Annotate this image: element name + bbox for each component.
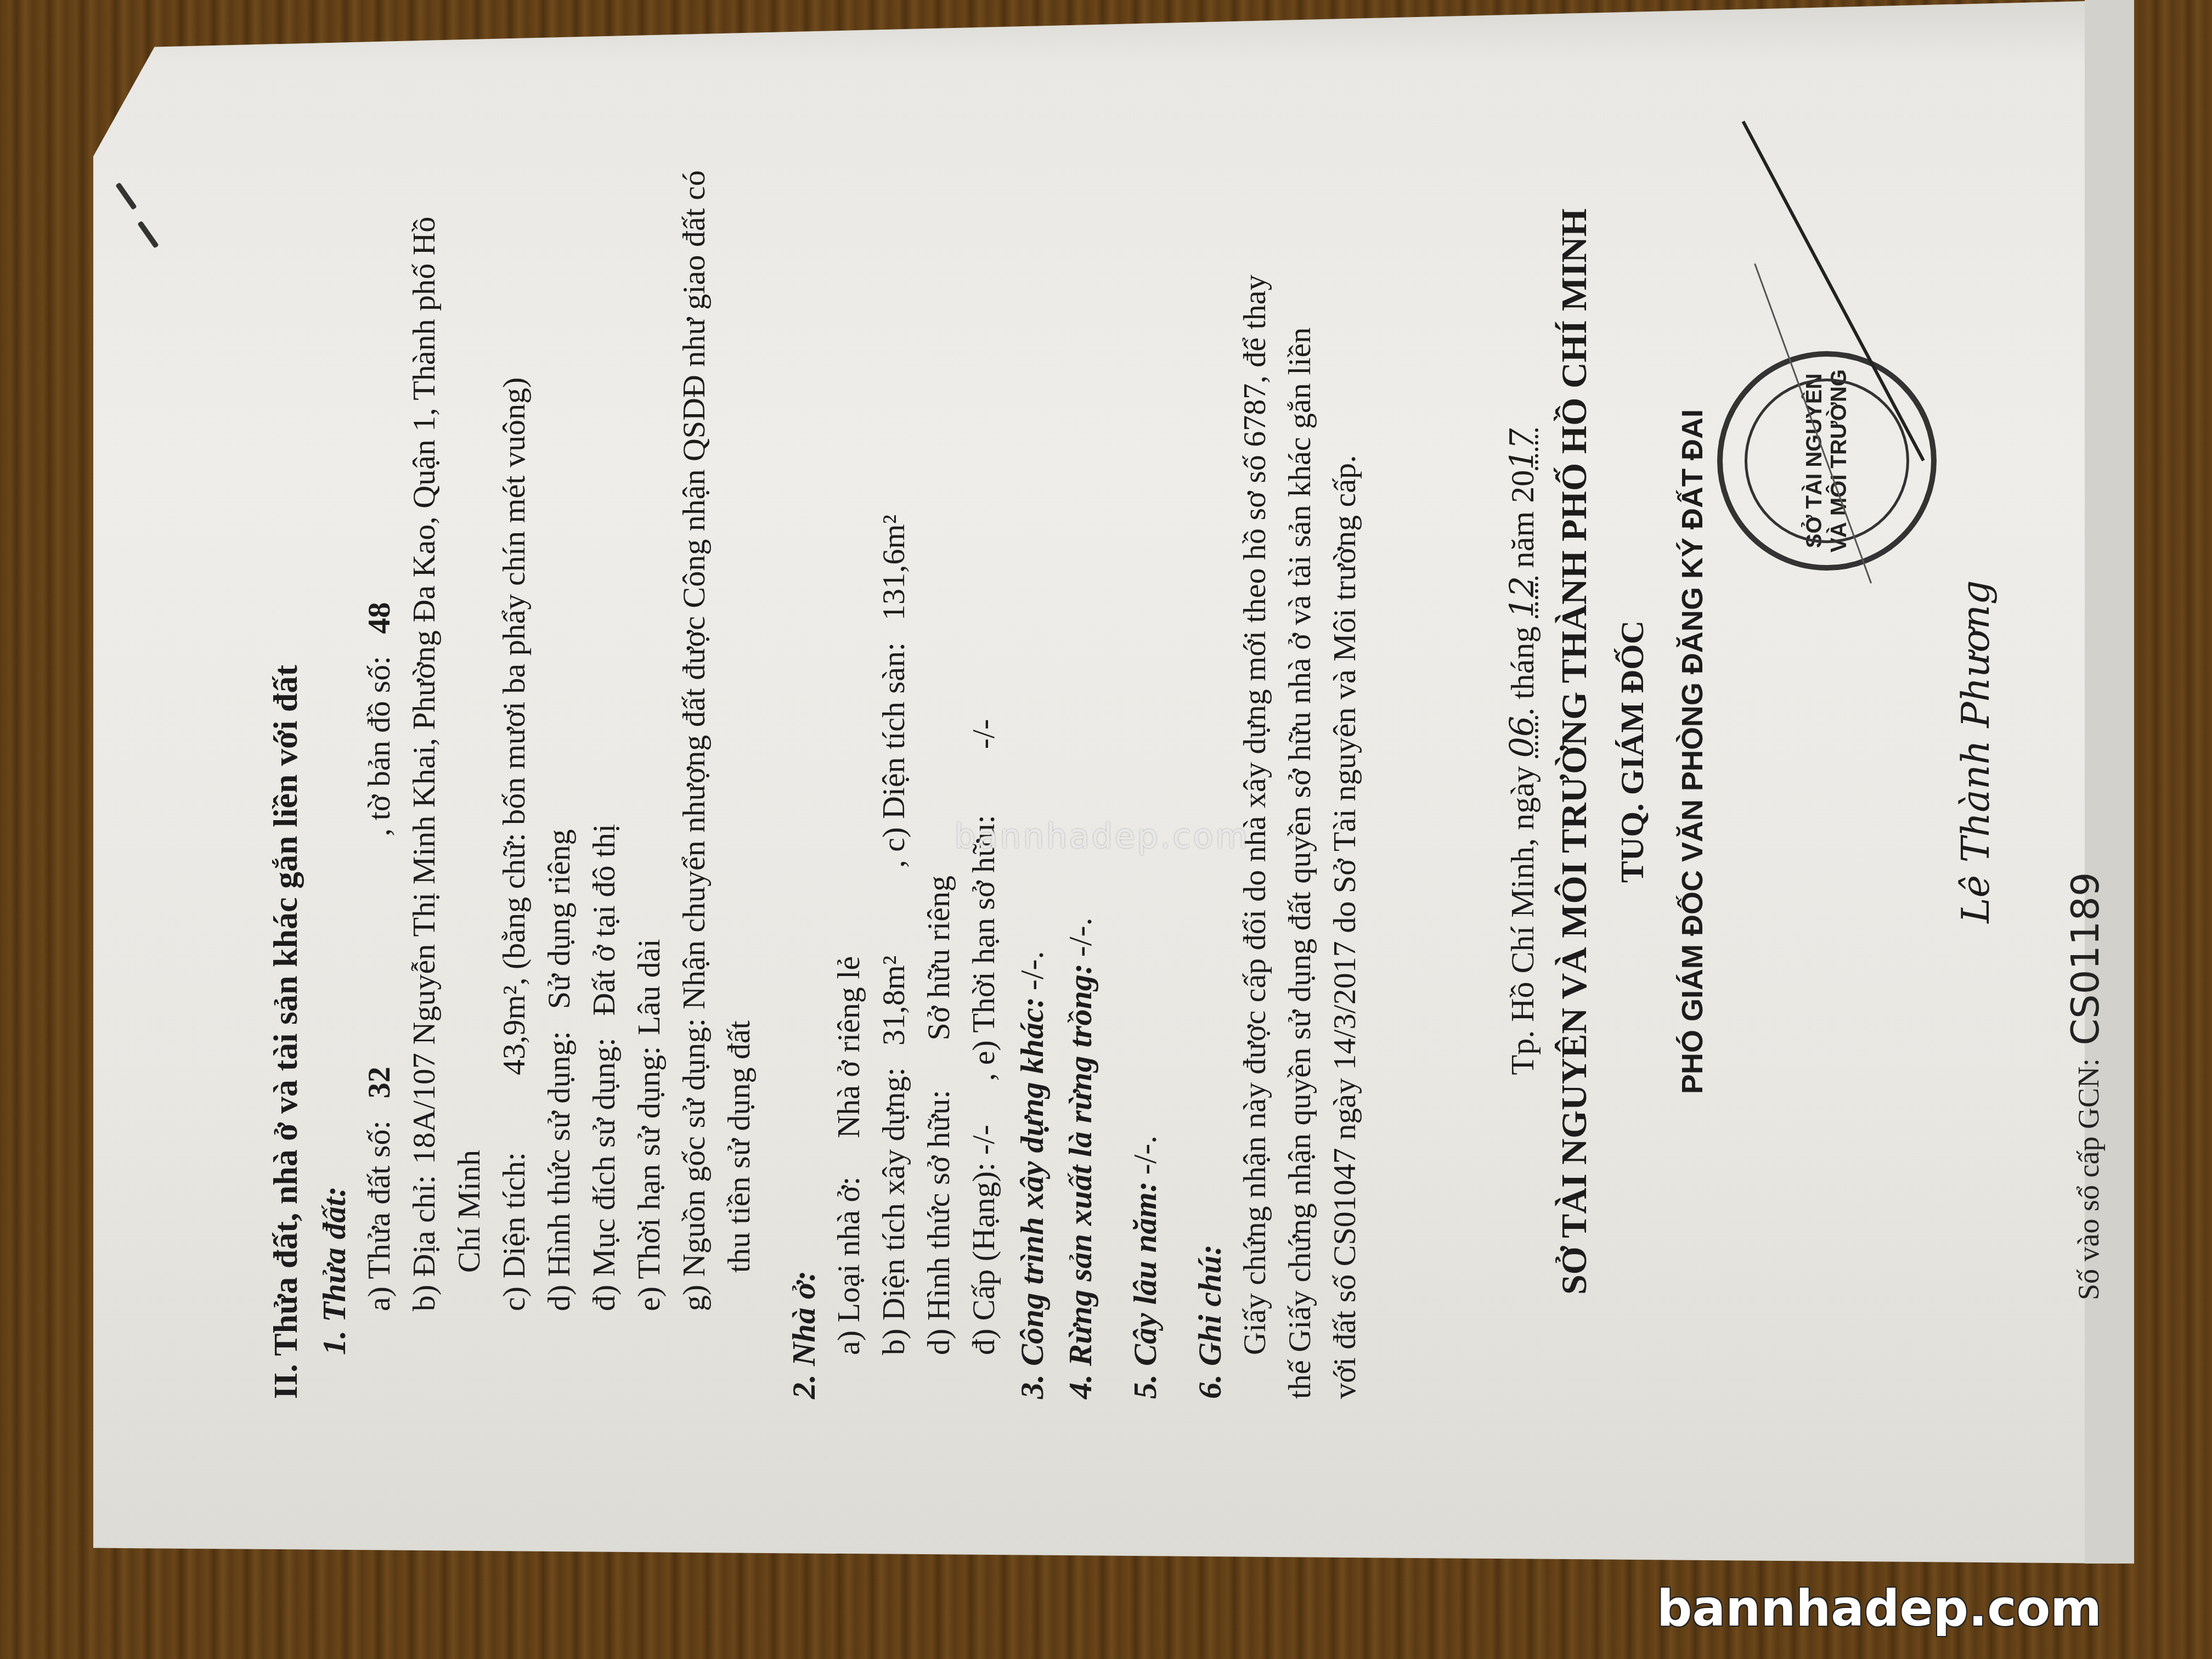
signer-position: PHÓ GIÁM ĐỐC VĂN PHÒNG ĐĂNG KÝ ĐẤT ĐAI: [1662, 66, 1723, 1437]
plantation-label: 4. Rừng sản xuất là rừng trồng:: [1058, 963, 1103, 1399]
signer-name: Lê Thành Phương: [1953, 66, 1998, 1437]
ownership-value: Sở hữu riêng: [916, 876, 961, 1041]
note-line: với đất số CS01047 ngày 14/3/2017 do Sở …: [1322, 82, 1367, 1399]
perennial-value: -/-.: [1122, 1136, 1167, 1175]
origin-label: g) Nguồn gốc sử dụng:: [672, 1018, 716, 1311]
address-cont: Chí Minh: [447, 82, 492, 1399]
term-row: e) Thời hạn sử dụng: Lâu dài: [627, 82, 672, 1399]
map-sheet-label: , tờ bản đồ số:: [357, 656, 402, 837]
watermark-corner: bannhadep.com: [1657, 1580, 2102, 1638]
term-label: e) Thời hạn sử dụng:: [627, 1046, 672, 1311]
section-title: II. Thửa đất, nhà ở và tài sản khác gắn …: [263, 82, 308, 1399]
own-term-value: -/-: [961, 719, 1006, 749]
signature-block: Tp. Hồ Chí Minh, ngày 06. tháng 12 năm 2…: [1498, 66, 2046, 1437]
address-label: b) Địa chỉ:: [402, 1175, 447, 1311]
purpose-label: đ) Mục đích sử dụng:: [582, 1037, 627, 1311]
origin-cont: thu tiền sử dụng đất: [716, 82, 761, 1399]
house-heading: 2. Nhà ở:: [781, 82, 826, 1399]
ownership-label: d) Hình thức sở hữu:: [916, 1090, 961, 1355]
registry-label: Số vào sổ cấp GCN:: [2072, 1058, 2105, 1300]
build-area-value: 31,8m²: [871, 956, 916, 1046]
note-line: thế Giấy chứng nhận quyền sử dụng đất qu…: [1277, 82, 1322, 1399]
address-value: 18A/107 Nguyễn Thị Minh Khai, Phường Đa …: [402, 217, 447, 1164]
on-behalf-title: TUQ. GIÁM ĐỐC: [1602, 66, 1662, 1437]
floor-area-label: , c) Diện tích sàn:: [871, 642, 916, 868]
build-area-label: b) Diện tích xây dựng:: [871, 1068, 916, 1355]
watermark-center: bannhadep.com: [955, 817, 1250, 856]
parcel-row: a) Thửa đất số: 32 , tờ bản đồ số: 48: [357, 82, 402, 1399]
other-structures-label: 3. Công trình xây dựng khác:: [1009, 997, 1054, 1399]
grade-label: đ) Cấp (Hạng):: [961, 1163, 1006, 1355]
perennial-row: 5. Cây lâu năm: -/-.: [1122, 82, 1167, 1399]
notes-heading: 6. Ghi chú:: [1187, 82, 1232, 1399]
build-area-row: b) Diện tích xây dựng: 31,8m² , c) Diện …: [871, 82, 916, 1399]
perennial-label: 5. Cây lâu năm:: [1122, 1181, 1167, 1399]
date-month: 12: [1503, 576, 1542, 618]
area-value: 43,9m², (bằng chữ: bốn mươi ba phẩy chín…: [492, 377, 537, 1075]
origin-row: g) Nguồn gốc sử dụng: Nhận chuyển nhượng…: [672, 82, 716, 1399]
floor-area-value: 131,6m²: [871, 515, 916, 620]
house-type-value: Nhà ở riêng lẻ: [826, 956, 871, 1138]
parcel-label: a) Thửa đất số:: [357, 1120, 402, 1311]
purpose-row: đ) Mục đích sử dụng: Đất ở tại đô thị: [582, 82, 627, 1399]
use-form-value: Sử dụng riêng: [537, 829, 582, 1009]
land-heading: 1. Thửa đất:: [312, 82, 357, 1399]
area-label: c) Diện tích:: [492, 1152, 537, 1311]
other-structures-row: 3. Công trình xây dựng khác: -/-.: [1009, 82, 1054, 1399]
origin-value: Nhận chuyển nhượng đất được Công nhận QS…: [672, 170, 716, 1009]
house-type-row: a) Loại nhà ở: Nhà ở riêng lẻ: [826, 82, 871, 1399]
address-row: b) Địa chỉ: 18A/107 Nguyễn Thị Minh Khai…: [402, 82, 447, 1399]
purpose-value: Đất ở tại đô thị: [582, 824, 627, 1016]
parcel-number: 32: [357, 1066, 402, 1098]
area-row: c) Diện tích: 43,9m², (bằng chữ: bốn mươ…: [492, 82, 537, 1399]
use-form-row: d) Hình thức sử dụng: Sử dụng riêng: [537, 82, 582, 1399]
term-value: Lâu dài: [627, 939, 672, 1035]
date-day: 06: [1503, 716, 1542, 758]
other-structures-value: -/-.: [1009, 951, 1054, 991]
use-form-label: d) Hình thức sử dụng:: [537, 1031, 582, 1311]
registry-number: CS01189: [2063, 872, 2108, 1046]
house-type-label: a) Loại nhà ở:: [826, 1177, 871, 1355]
plantation-row: 4. Rừng sản xuất là rừng trồng: -/-.: [1058, 82, 1103, 1399]
grade-row: đ) Cấp (Hạng): -/- , e) Thời hạn sở hữu:…: [961, 82, 1006, 1399]
plantation-value: -/-.: [1058, 918, 1103, 957]
certificate-body: II. Thửa đất, nhà ở và tài sản khác gắn …: [263, 82, 1525, 1399]
ownership-row: d) Hình thức sở hữu: Sở hữu riêng: [916, 82, 961, 1399]
map-sheet-number: 48: [357, 602, 402, 634]
place-date: Tp. Hồ Chí Minh, ngày 06. tháng 12 năm 2…: [1498, 66, 1547, 1437]
issuing-organization: SỞ TÀI NGUYÊN VÀ MÔI TRƯỜNG THÀNH PHỐ HỒ…: [1547, 66, 1602, 1437]
registry-number-row: Số vào sổ cấp GCN: CS01189: [2063, 872, 2108, 1300]
date-year: 17: [1503, 428, 1542, 470]
grade-value: -/-: [961, 1125, 1006, 1155]
paper-fold-edge: [2085, 0, 2134, 1564]
note-line: Giấy chứng nhận này được cấp đổi do nhà …: [1232, 82, 1277, 1399]
